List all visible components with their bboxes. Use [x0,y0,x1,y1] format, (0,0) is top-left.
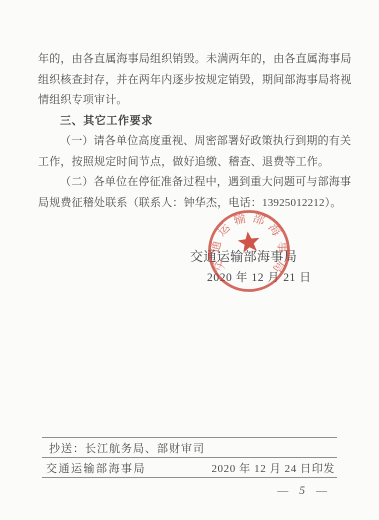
body-line: （一）请各单位高度重视、周密部署好政策执行到期的有关 [38,134,368,154]
page-number: — 5 — [277,485,327,497]
body-line: （二）各单位在停征准备过程中，遇到重大问题可与部海事 [38,175,368,195]
footer-cc-line: 抄送：长江航务局、部财审司 [49,440,205,456]
document-page: 年的，由各直属海事局组织销毁。未满两年的，由各直属海事局 组织核查封存，并在两年… [0,0,379,520]
page-number-value: 5 [299,485,305,497]
signature-org: 交通运输部海事局 [190,246,297,265]
signature-date: 2020 年 12 月 21 日 [207,269,311,285]
body-line: 局规费征稽处联系（联系人：钟华杰，电话：13925012212）。 [38,196,346,216]
footer-print-date: 2020 年 12 月 24 日印发 [211,460,335,476]
footer-divider-middle [42,457,337,458]
body-line: 情组织专项审计。 [38,93,346,113]
section-heading: 三、其它工作要求 [38,114,368,134]
page-number-dash-left: — [277,485,288,497]
page-number-dash-right: — [316,485,327,497]
body-line: 年的，由各直属海事局组织销毁。未满两年的，由各直属海事局 [38,52,346,72]
footer-divider-top [42,437,337,438]
footer-issuer: 交通运输部海事局 [46,460,146,476]
body-line: 工作，按照规定时间节点，做好追缴、稽查、退费等工作。 [38,155,346,175]
footer-divider-bottom [42,477,337,478]
body-line: 组织核查封存，并在两年内逐步按规定销毁，期间部海事局将视 [38,73,346,93]
